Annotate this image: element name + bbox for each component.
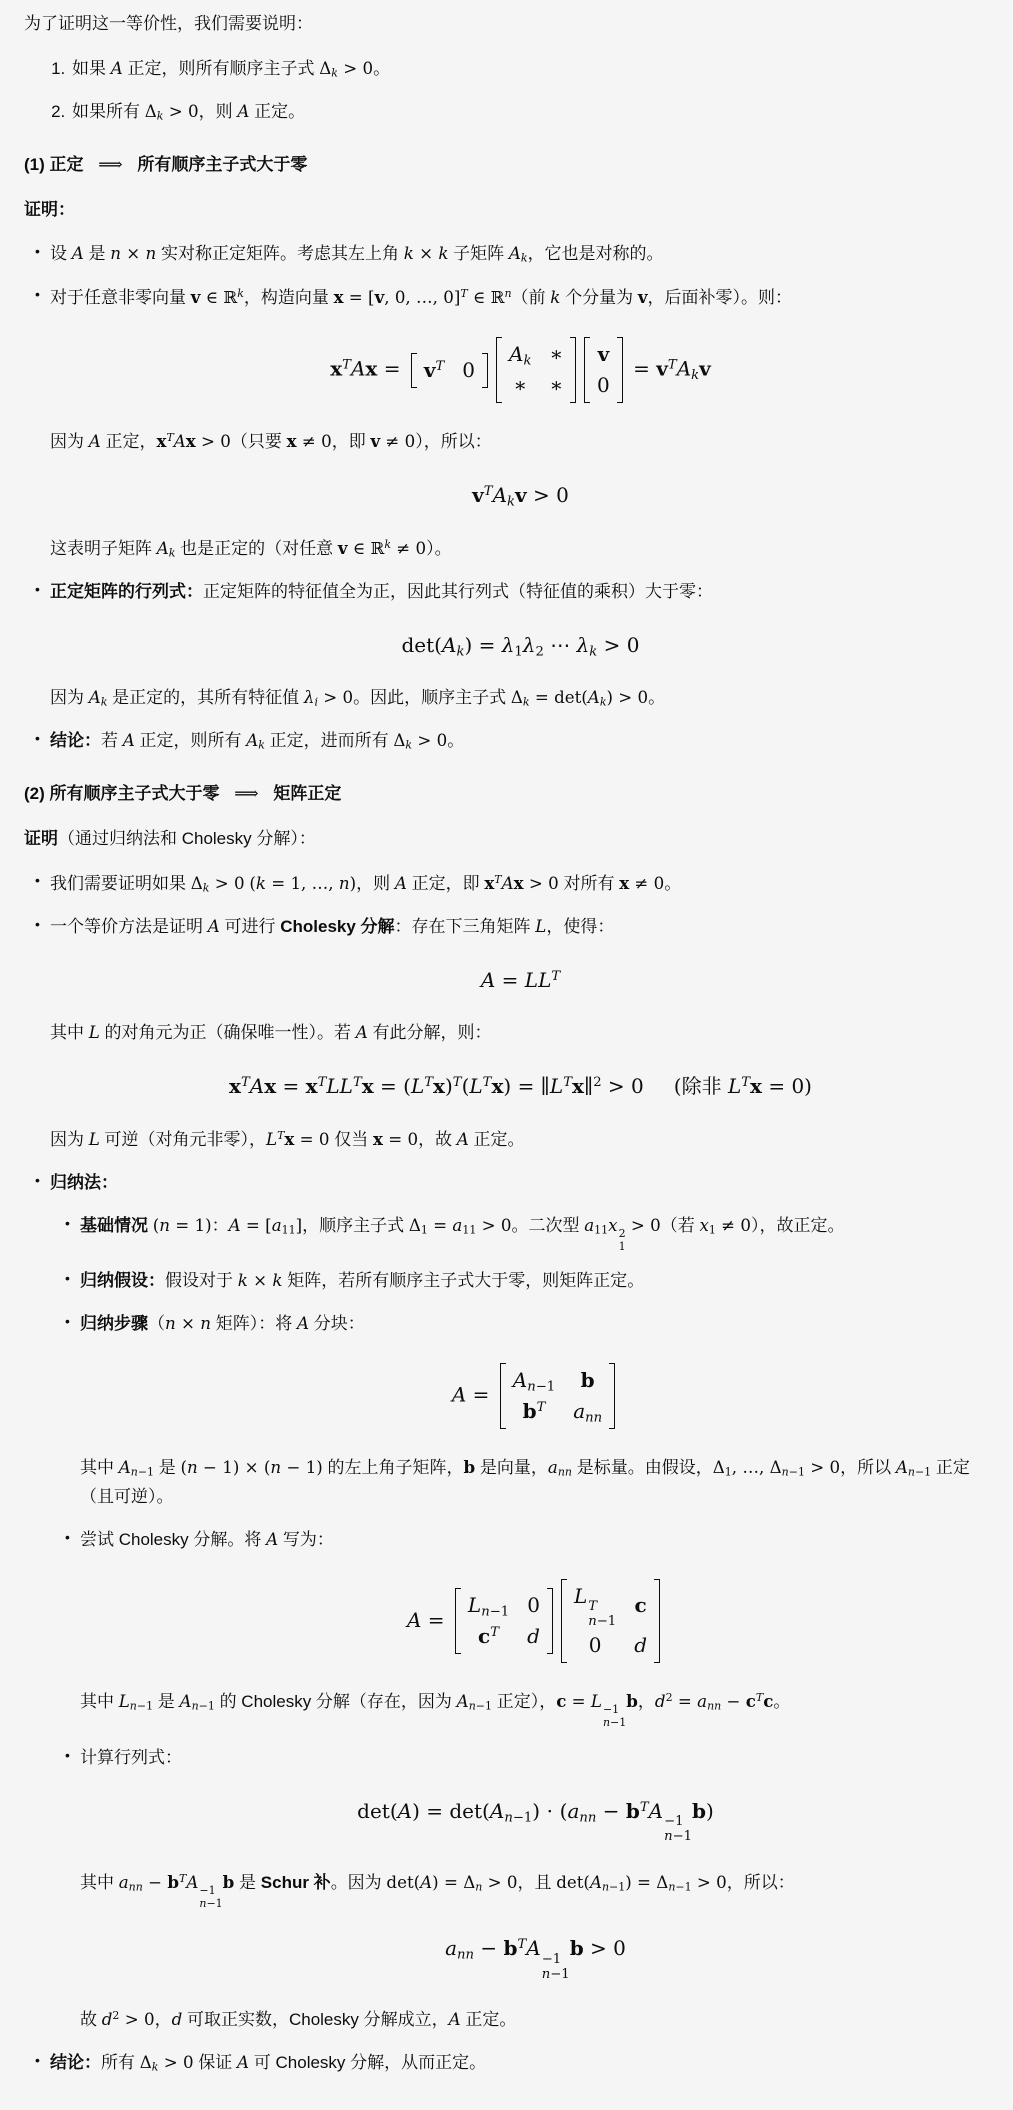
display-equation-cholesky-factor: A = Ln−10cTdLTn−1c0d [80, 1579, 991, 1664]
display-equation-block-partition: A = An−1bbTann [80, 1363, 991, 1429]
sub-bullet-try-cholesky: 尝试 Cholesky 分解。将 A 写为： A = Ln−10cTdLTn−1… [80, 1526, 991, 1730]
bullet-text: 设 A 是 n × n 实对称正定矩阵。考虑其左上角 k × k 子矩阵 Ak，… [50, 240, 991, 269]
bullet-paragraph: 这表明子矩阵 Ak 也是正定的（对任意 v ∈ ℝk ≠ 0）。 [50, 534, 991, 564]
claim-item-1: 如果 A 正定，则所有顺序主子式 Δk > 0。 [70, 55, 991, 84]
bullet-text: 归纳法： [50, 1169, 991, 1198]
bullet-setup-submatrix: 设 A 是 n × n 实对称正定矩阵。考虑其左上角 k × k 子矩阵 Ak，… [50, 240, 991, 269]
section-2-heading: (2) 所有顺序主子式大于零 ⟹ 矩阵正定 [24, 780, 991, 809]
section-1-proof-label: 证明： [24, 196, 991, 225]
proof-document: 为了证明这一等价性，我们需要说明： 如果 A 正定，则所有顺序主子式 Δk > … [0, 0, 1013, 2110]
bullet-text: 尝试 Cholesky 分解。将 A 写为： [80, 1526, 991, 1555]
bullet-text: 归纳假设：假设对于 k × k 矩阵，若所有顺序主子式大于零，则矩阵正定。 [80, 1267, 991, 1296]
bullet-text: 基础情况 (n = 1)：A = [a11]，顺序主子式 Δ1 = a11 > … [80, 1212, 991, 1253]
display-equation-det-eigen: det(Ak) = λ1λ2 ⋯ λk > 0 [50, 631, 991, 660]
bullet-cholesky-method: 一个等价方法是证明 A 可进行 Cholesky 分解：存在下三角矩阵 L，使得… [50, 913, 991, 1155]
bullet-text: 对于任意非零向量 v ∈ ℝk，构造向量 x = [v, 0, …, 0]T ∈… [50, 283, 991, 313]
bullet-induction: 归纳法： 基础情况 (n = 1)：A = [a11]，顺序主子式 Δ1 = a… [50, 1169, 991, 2035]
display-equation-det-schur: det(A) = det(An−1) ⋅ (ann − bTA−1n−1b) [80, 1797, 991, 1845]
bullet-construct-vector: 对于任意非零向量 v ∈ ℝk，构造向量 x = [v, 0, …, 0]T ∈… [50, 283, 991, 564]
bullet-section2-conclusion: 结论：所有 Δk > 0 保证 A 可 Cholesky 分解，从而正定。 [50, 2049, 991, 2078]
display-equation-schur-positive: ann − bTA−1n−1b > 0 [80, 1934, 991, 1982]
bullet-paragraph: 故 d2 > 0，d 可取正实数，Cholesky 分解成立，A 正定。 [80, 2006, 991, 2035]
display-equation-norm-positive: xTAx = xTLLTx = (LTx)T(LTx) = ∥LTx∥2 > 0… [50, 1072, 991, 1101]
bullet-text: 计算行列式： [80, 1744, 991, 1773]
section-2-proof-label: 证明（通过归纳法和 Cholesky 分解）： [24, 825, 991, 854]
bullet-text: 结论：所有 Δk > 0 保证 A 可 Cholesky 分解，从而正定。 [50, 2049, 991, 2078]
sub-bullet-base-case: 基础情况 (n = 1)：A = [a11]，顺序主子式 Δ1 = a11 > … [80, 1212, 991, 1253]
sub-bullet-induction-step: 归纳步骤（n × n 矩阵）：将 A 分块： A = An−1bbTann 其中… [80, 1310, 991, 1512]
claim-item-2: 如果所有 Δk > 0，则 A 正定。 [70, 98, 991, 127]
bullet-paragraph: 因为 A 正定，xTAx > 0（只要 x ≠ 0，即 v ≠ 0），所以： [50, 427, 991, 457]
display-equation-vav-positive: vTAkv > 0 [50, 481, 991, 510]
sub-bullet-hypothesis: 归纳假设：假设对于 k × k 矩阵，若所有顺序主子式大于零，则矩阵正定。 [80, 1267, 991, 1296]
section-1-heading: (1) 正定 ⟹ 所有顺序主子式大于零 [24, 151, 991, 180]
section-1-bullet-list: 设 A 是 n × n 实对称正定矩阵。考虑其左上角 k × k 子矩阵 Ak，… [24, 240, 991, 755]
bullet-section1-conclusion: 结论：若 A 正定，则所有 Ak 正定，进而所有 Δk > 0。 [50, 727, 991, 756]
bullet-goal: 我们需要证明如果 Δk > 0 (k = 1, …, n)，则 A 正定，即 x… [50, 869, 991, 899]
bullet-paragraph: 其中 ann − bTA−1n−1b 是 Schur 补。因为 det(A) =… [80, 1868, 991, 1910]
bullet-paragraph: 其中 L 的对角元为正（确保唯一性）。若 A 有此分解，则： [50, 1019, 991, 1048]
display-equation-cholesky: A = LLT [50, 966, 991, 995]
bullet-text: 结论：若 A 正定，则所有 Ak 正定，进而所有 Δk > 0。 [50, 727, 991, 756]
intro-paragraph: 为了证明这一等价性，我们需要说明： [24, 10, 991, 39]
bullet-paragraph: 其中 Ln−1 是 An−1 的 Cholesky 分解（存在，因为 An−1 … [80, 1687, 991, 1729]
bullet-text: 一个等价方法是证明 A 可进行 Cholesky 分解：存在下三角矩阵 L，使得… [50, 913, 991, 942]
bullet-text: 正定矩阵的行列式：正定矩阵的特征值全为正，因此其行列式（特征值的乘积）大于零： [50, 578, 991, 607]
induction-sub-list: 基础情况 (n = 1)：A = [a11]，顺序主子式 Δ1 = a11 > … [50, 1212, 991, 2035]
bullet-text: 归纳步骤（n × n 矩阵）：将 A 分块： [80, 1310, 991, 1339]
bullet-text: 我们需要证明如果 Δk > 0 (k = 1, …, n)，则 A 正定，即 x… [50, 869, 991, 899]
bullet-paragraph: 其中 An−1 是 (n − 1) × (n − 1) 的左上角子矩阵，b 是向… [80, 1453, 991, 1512]
bullet-paragraph: 因为 L 可逆（对角元非零），LTx = 0 仅当 x = 0，故 A 正定。 [50, 1125, 991, 1155]
section-2-bullet-list: 我们需要证明如果 Δk > 0 (k = 1, …, n)，则 A 正定，即 x… [24, 869, 991, 2077]
bullet-determinant-property: 正定矩阵的行列式：正定矩阵的特征值全为正，因此其行列式（特征值的乘积）大于零： … [50, 578, 991, 713]
claims-ordered-list: 如果 A 正定，则所有顺序主子式 Δk > 0。 如果所有 Δk > 0，则 A… [24, 55, 991, 127]
bullet-paragraph: 因为 Ak 是正定的，其所有特征值 λi > 0。因此，顺序主子式 Δk = d… [50, 684, 991, 713]
display-equation-quadratic-block: xTAx = vT0Ak∗∗∗v0 = vTAkv [50, 337, 991, 403]
sub-bullet-compute-determinant: 计算行列式： det(A) = det(An−1) ⋅ (ann − bTA−1… [80, 1744, 991, 2035]
